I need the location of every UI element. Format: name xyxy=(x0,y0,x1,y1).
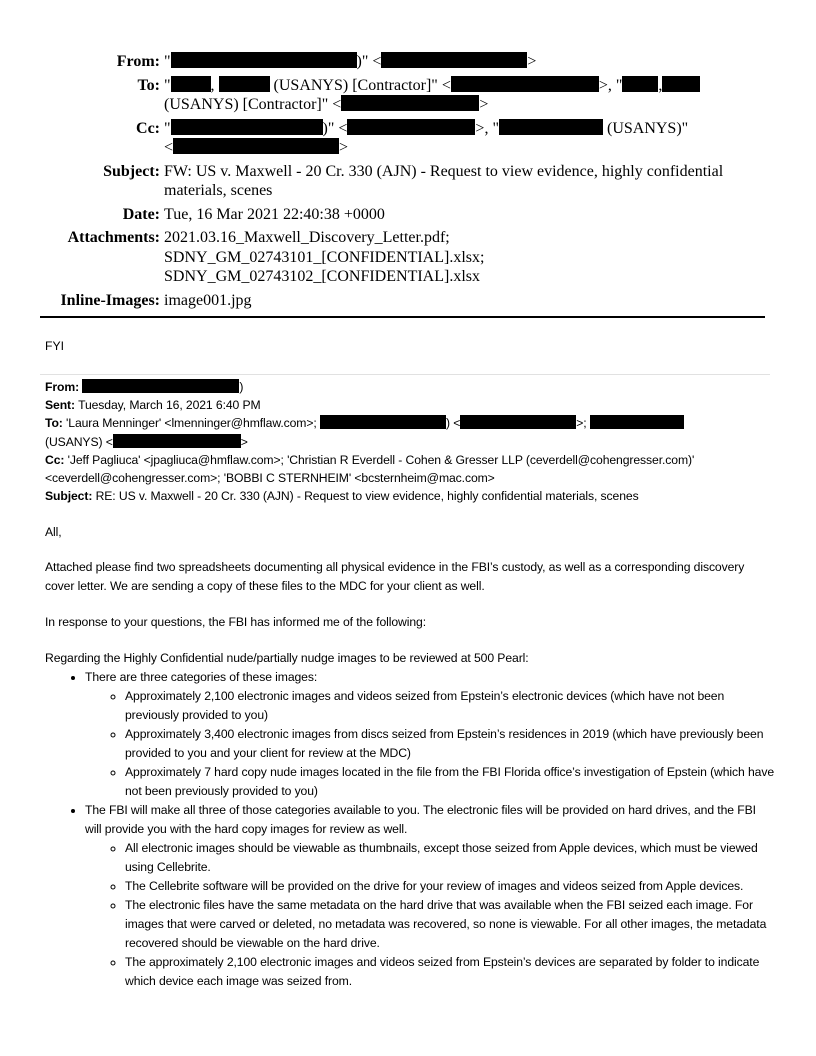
cc-value: ")" <>, " (USANYS)"<> xyxy=(164,119,734,158)
attachment-item[interactable]: 2021.03.16_Maxwell_Discovery_Letter.pdf; xyxy=(164,228,734,248)
greeting: All, xyxy=(45,523,775,542)
attachments-list: 2021.03.16_Maxwell_Discovery_Letter.pdf;… xyxy=(164,228,734,287)
redaction-block xyxy=(347,119,475,135)
redaction-block xyxy=(171,76,211,92)
bullet-item: The FBI will make all three of those cat… xyxy=(85,801,775,991)
redaction-block xyxy=(622,76,658,92)
sub-bullet-list: Approximately 2,100 electronic images an… xyxy=(85,687,775,801)
from-label: From: xyxy=(0,52,164,72)
paragraph-attachments: Attached please find two spreadsheets do… xyxy=(45,558,775,596)
cc-label: Cc: xyxy=(0,119,164,158)
redaction-block xyxy=(82,379,239,393)
redaction-block xyxy=(171,52,357,68)
redaction-block xyxy=(173,138,339,154)
sub-bullet-item: Approximately 7 hard copy nude images lo… xyxy=(125,763,775,801)
redaction-block xyxy=(460,415,576,429)
redaction-block xyxy=(499,119,603,135)
sub-bullet-item: Approximately 3,400 electronic images fr… xyxy=(125,725,775,763)
redaction-block xyxy=(341,95,479,111)
sub-bullet-item: All electronic images should be viewable… xyxy=(125,839,775,877)
redaction-block xyxy=(590,415,684,429)
subject-value: FW: US v. Maxwell - 20 Cr. 330 (AJN) - R… xyxy=(164,162,734,201)
sub-bullet-item: Approximately 2,100 electronic images an… xyxy=(125,687,775,725)
redaction-block xyxy=(113,434,241,448)
redaction-block xyxy=(451,76,599,92)
header-attachments-row: Attachments: 2021.03.16_Maxwell_Discover… xyxy=(0,228,816,287)
header-cc-row: Cc: ")" <>, " (USANYS)"<> xyxy=(0,119,816,158)
bullet-list: There are three categories of these imag… xyxy=(45,668,775,991)
header-from-row: From: ")" <> xyxy=(0,52,816,72)
sub-bullet-item: The Cellebrite software will be provided… xyxy=(125,877,775,896)
fwd-to-line: To: 'Laura Menninger' <lmenninger@hmflaw… xyxy=(45,414,775,450)
from-value: ")" <> xyxy=(164,52,734,72)
fwd-sent-line: Sent: Tuesday, March 16, 2021 6:40 PM xyxy=(45,396,775,414)
header-to-row: To: ", (USANYS) [Contractor]" <>, ",(USA… xyxy=(0,76,816,115)
to-value: ", (USANYS) [Contractor]" <>, ",(USANYS)… xyxy=(164,76,734,115)
attachments-label: Attachments: xyxy=(0,228,164,287)
sub-bullet-item: The electronic files have the same metad… xyxy=(125,896,775,953)
forwarded-header: From: ) Sent: Tuesday, March 16, 2021 6:… xyxy=(45,378,775,505)
date-label: Date: xyxy=(0,205,164,225)
section-intro: Regarding the Highly Confidential nude/p… xyxy=(45,649,775,668)
fwd-subject-line: Subject: RE: US v. Maxwell - 20 Cr. 330 … xyxy=(45,487,775,505)
paragraph-response: In response to your questions, the FBI h… xyxy=(45,613,775,632)
date-value: Tue, 16 Mar 2021 22:40:38 +0000 xyxy=(164,205,734,225)
outer-email-header: From: ")" <> To: ", (USANYS) [Contractor… xyxy=(0,52,816,314)
bullet-item: There are three categories of these imag… xyxy=(85,668,775,801)
evidence-section: Regarding the Highly Confidential nude/p… xyxy=(45,649,775,991)
forward-divider xyxy=(40,374,770,375)
redaction-block xyxy=(320,415,446,429)
redaction-block xyxy=(219,76,270,92)
header-subject-row: Subject: FW: US v. Maxwell - 20 Cr. 330 … xyxy=(0,162,816,201)
attachment-item[interactable]: SDNY_GM_02743102_[CONFIDENTIAL].xlsx xyxy=(164,267,734,287)
redaction-block xyxy=(662,76,700,92)
header-divider xyxy=(40,316,765,318)
to-label: To: xyxy=(0,76,164,115)
redaction-block xyxy=(171,119,323,135)
redaction-block xyxy=(381,52,527,68)
inline-images-value[interactable]: image001.jpg xyxy=(164,291,734,311)
header-date-row: Date: Tue, 16 Mar 2021 22:40:38 +0000 xyxy=(0,205,816,225)
header-inline-images-row: Inline-Images: image001.jpg xyxy=(0,291,816,311)
fwd-cc-line: Cc: 'Jeff Pagliuca' <jpagliuca@hmflaw.co… xyxy=(45,451,775,487)
sub-bullet-item: The approximately 2,100 electronic image… xyxy=(125,953,775,991)
inline-images-label: Inline-Images: xyxy=(0,291,164,311)
fyi-text: FYI xyxy=(45,339,64,353)
attachment-item[interactable]: SDNY_GM_02743101_[CONFIDENTIAL].xlsx; xyxy=(164,248,734,268)
subject-label: Subject: xyxy=(0,162,164,201)
fwd-from-line: From: ) xyxy=(45,378,775,396)
sub-bullet-list: All electronic images should be viewable… xyxy=(85,839,775,991)
